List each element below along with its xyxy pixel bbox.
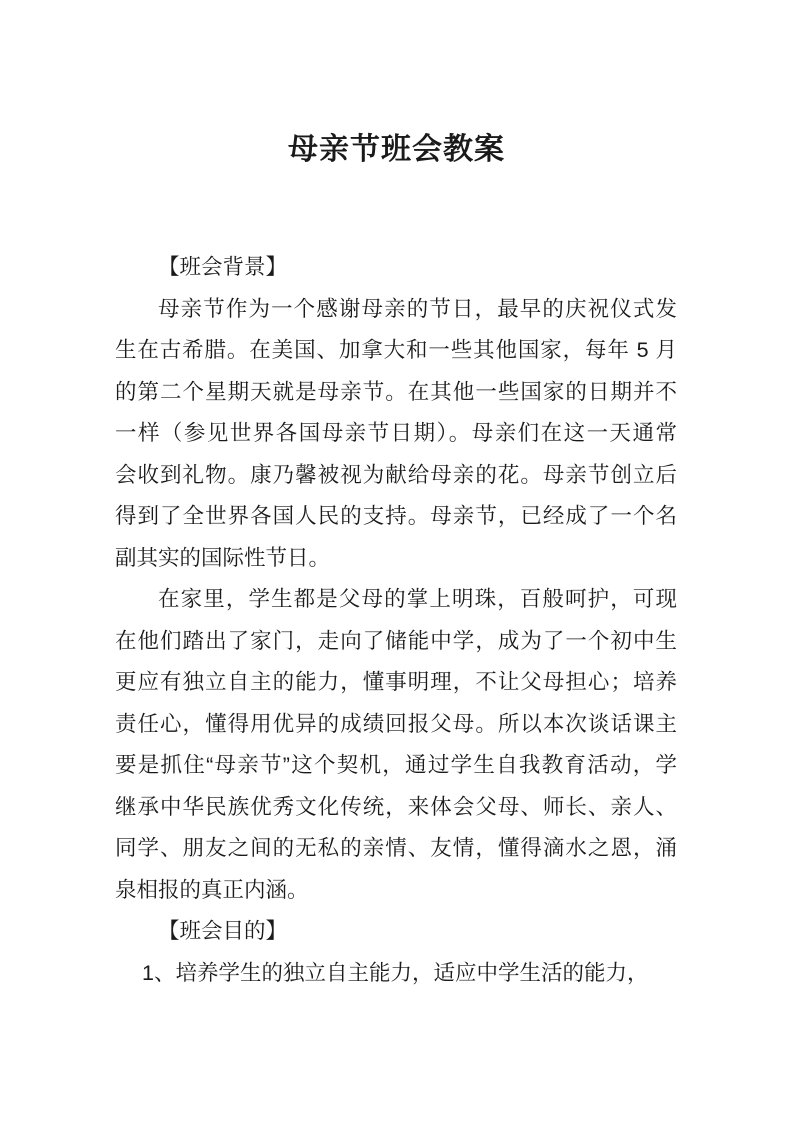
list-item-line: 1、培养学生的独立自主能力，适应中学生活的能力，	[115, 953, 677, 995]
paragraph-line: 一样（参见世界各国母亲节日期）。母亲们在这一天通常	[115, 413, 677, 455]
paragraph-line: 更应有独立自主的能力，懂事明理，不让父母担心；培养	[115, 662, 677, 704]
paragraph-line: 要是抓住“母亲节”这个契机，通过学生自我教育活动，学习、	[115, 745, 677, 787]
paragraph-line: 在家里，学生都是父母的掌上明珠，百般呵护，可现	[115, 579, 677, 621]
paragraph-line: 母亲节作为一个感谢母亲的节日，最早的庆祝仪式发	[115, 289, 677, 331]
paragraph-line: 副其实的国际性节日。	[115, 538, 677, 580]
paragraph-line: 继承中华民族优秀文化传统，来体会父母、师长、亲人、	[115, 787, 677, 829]
section-heading-purpose: 【班会目的】	[115, 911, 677, 953]
paragraph-line: 生在古希腊。在美国、加拿大和一些其他国家，每年 5 月	[115, 330, 677, 372]
paragraph-line: 得到了全世界各国人民的支持。母亲节，已经成了一个名	[115, 496, 677, 538]
document-title: 母亲节班会教案	[0, 124, 793, 168]
document-body: 【班会背景】 母亲节作为一个感谢母亲的节日，最早的庆祝仪式发 生在古希腊。在美国…	[115, 247, 677, 994]
paragraph-line: 会收到礼物。康乃馨被视为献给母亲的花。母亲节创立后	[115, 455, 677, 497]
document-page: 母亲节班会教案 【班会背景】 母亲节作为一个感谢母亲的节日，最早的庆祝仪式发 生…	[0, 0, 793, 1122]
paragraph-line: 泉相报的真正内涵。	[115, 870, 677, 912]
section-heading-background: 【班会背景】	[115, 247, 677, 289]
paragraph-line: 在他们踏出了家门，走向了储能中学，成为了一个初中生	[115, 621, 677, 663]
paragraph-line: 的第二个星期天就是母亲节。在其他一些国家的日期并不	[115, 372, 677, 414]
paragraph-line: 责任心，懂得用优异的成绩回报父母。所以本次谈话课主	[115, 704, 677, 746]
paragraph-line: 同学、朋友之间的无私的亲情、友情，懂得滴水之恩，涌	[115, 828, 677, 870]
